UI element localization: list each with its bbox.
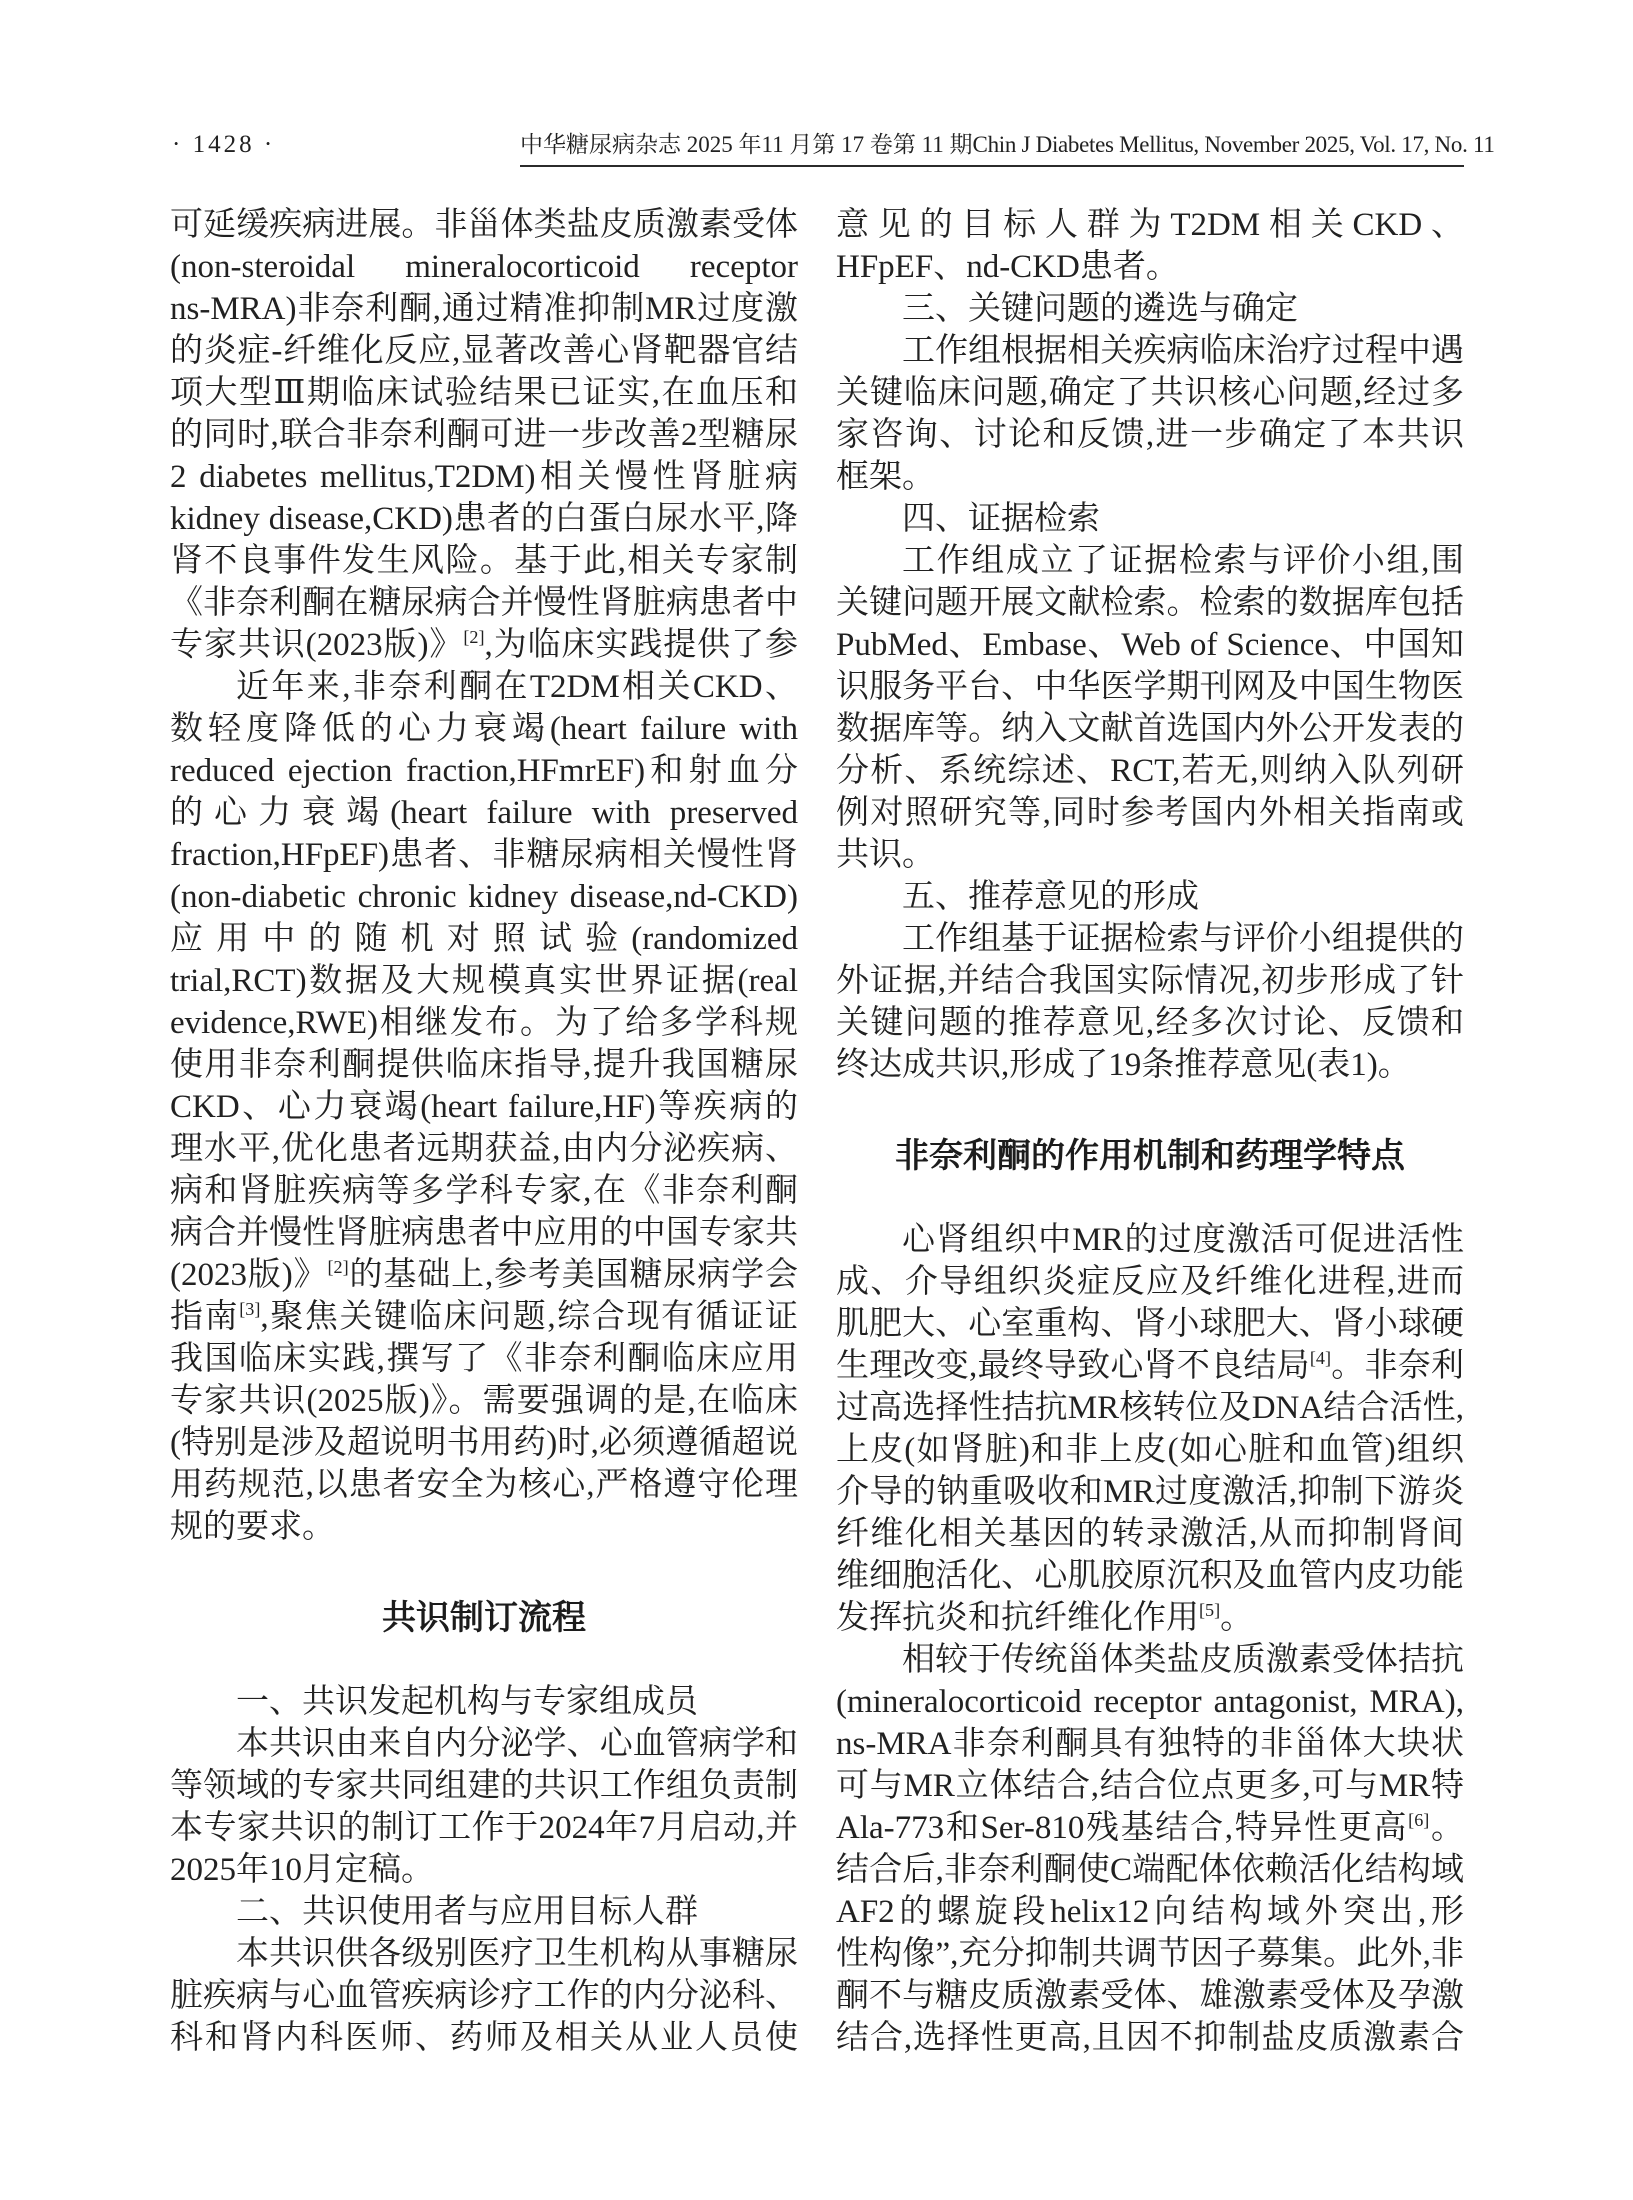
text-line: trial,RCT)数据及大规模真实世界证据(real world [170,960,798,1002]
text-line: 成、介导组织炎症反应及纤维化进程,进而引发心 [836,1261,1464,1303]
text-line: 2 diabetes mellitus,T2DM)相关慢性肾脏病(chronic [170,456,798,498]
reference-superscript: [3] [239,1299,260,1319]
text-line: 工作组基于证据检索与评价小组提供的国内 [836,918,1464,960]
reference-superscript: [2] [327,1257,348,1277]
text-line: fraction,HFpEF)患者、非糖尿病相关慢性肾脏病 [170,834,798,876]
text-line: 心肾组织中MR的过度激活可促进活性氧生 [836,1219,1464,1261]
text-line: 科和肾内科医师、药师及相关从业人员使用。推荐 [170,2017,798,2059]
text-line: 的心力衰竭(heart failure with preserved eject… [170,792,798,834]
text-line: 病和肾脏疾病等多学科专家,在《非奈利酮在糖尿 [170,1170,798,1212]
text-line: 理水平,优化患者远期获益,由内分泌疾病、心血管 [170,1128,798,1170]
text-line: 工作组根据相关疾病临床治疗过程中遇到的 [836,330,1464,372]
text-line: 本专家共识的制订工作于2024年7月启动,并于 [170,1807,798,1849]
text-line: 《非奈利酮在糖尿病合并慢性肾脏病患者中应用的中国 [170,582,798,624]
text-line: 我国临床实践,撰写了《非奈利酮临床应用多学科 [170,1338,798,1380]
text-line: 终达成共识,形成了19条推荐意见(表1)。 [836,1044,1464,1086]
running-head-chinese: 中华糖尿病杂志 2025 年11 月第 17 卷第 11 期 [520,129,973,161]
text-line: HFpEF、nd-CKD患者。 [836,246,1464,288]
text-line: 应用中的随机对照试验(randomized controlled [170,918,798,960]
text-line: 肌肥大、心室重构、肾小球肥大、肾小球硬化等病理 [836,1303,1464,1345]
text-line: CKD、心力衰竭(heart failure,HF)等疾病的综合管 [170,1086,798,1128]
text-line: 专家共识(2025版)》。需要强调的是,在临床应用 [170,1380,798,1422]
section-heading: 共识制订流程 [170,1548,798,1681]
text-line: 专家共识(2023版)》[2],为临床实践提供了参考依据。 [170,624,798,666]
text-line: 酮不与糖皮质激素受体、雄激素受体及孕激素受体 [836,1975,1464,2017]
text-line: 三、关键问题的遴选与确定 [836,288,1464,330]
text-line: 分析、系统综述、RCT,若无,则纳入队列研究和病 [836,750,1464,792]
left-text-column: 可延缓疾病进展。非甾体类盐皮质激素受体拮抗剂(non-steroidal min… [170,204,798,2059]
text-line: 结合,选择性更高,且因不抑制盐皮质激素合成,代 [836,2017,1464,2059]
text-line: Ala-773和Ser-810残基结合,特异性更高[6]。与MR [836,1807,1464,1849]
text-line: 近年来,非奈利酮在T2DM相关CKD、射血分 [170,666,798,708]
text-line: (2023版)》[2]的基础上,参考美国糖尿病学会相关 [170,1254,798,1296]
text-line: ns-MRA)非奈利酮,通过精准抑制MR过度激活驱动 [170,288,798,330]
text-line: 识服务平台、中华医学期刊网及中国生物医学文献 [836,666,1464,708]
text-line: 等领域的专家共同组建的共识工作组负责制订。 [170,1765,798,1807]
reference-superscript: [2] [463,627,484,647]
text-line: 本共识供各级别医疗卫生机构从事糖尿病、肾 [170,1933,798,1975]
text-line: 病合并慢性肾脏病患者中应用的中国专家共识 [170,1212,798,1254]
text-line: (non-diabetic chronic kidney disease,nd-… [170,876,798,918]
text-line: 项大型Ⅲ期临床试验结果已证实,在血压和血糖管理 [170,372,798,414]
text-line: (non-steroidal mineralocorticoid recepto… [170,246,798,288]
text-line: (特别是涉及超说明书用药)时,必须遵循超说明书 [170,1422,798,1464]
text-line: 可延缓疾病进展。非甾体类盐皮质激素受体拮抗剂 [170,204,798,246]
text-line: PubMed、Embase、Web of Science、中国知网、万方知 [836,624,1464,666]
text-line: 可与MR立体结合,结合位点更多,可与MR特有的 [836,1765,1464,1807]
text-line: 关键问题的推荐意见,经多次讨论、反馈和修改,最 [836,1002,1464,1044]
text-line: 例对照研究等,同时参考国内外相关指南或专家 [836,792,1464,834]
text-line: 数据库等。纳入文献首选国内外公开发表的荟萃 [836,708,1464,750]
section-heading: 非奈利酮的作用机制和药理学特点 [836,1086,1464,1219]
reference-superscript: [5] [1199,1600,1220,1620]
text-line: 一、共识发起机构与专家组成员 [170,1681,798,1723]
text-line: 发挥抗炎和抗纤维化作用[5]。 [836,1597,1464,1639]
text-line: 二、共识使用者与应用目标人群 [170,1891,798,1933]
running-head: 中华糖尿病杂志 2025 年11 月第 17 卷第 11 期 Chin J Di… [520,129,1464,161]
text-line: reduced ejection fraction,HFmrEF)和射血分数保留 [170,750,798,792]
text-line: 上皮(如肾脏)和非上皮(如心脏和血管)组织中MR [836,1429,1464,1471]
text-line: 2025年10月定稿。 [170,1849,798,1891]
text-line: 意见的目标人群为T2DM相关CKD、HFmrEF和 [836,204,1464,246]
text-line: 过高选择性拮抗MR核转位及DNA结合活性,阻断 [836,1387,1464,1429]
text-line: ns-MRA非奈利酮具有独特的非甾体大块状结构, [836,1723,1464,1765]
text-line: 的炎症-纤维化反应,显著改善心肾靶器官结局。多 [170,330,798,372]
journal-page: · 1428 · 中华糖尿病杂志 2025 年11 月第 17 卷第 11 期 … [0,0,1633,2200]
text-line: 数轻度降低的心力衰竭(heart failure with mildly [170,708,798,750]
text-line: 关键问题开展文献检索。检索的数据库包括 [836,582,1464,624]
text-line: 用药规范,以患者安全为核心,严格遵守伦理与法 [170,1464,798,1506]
text-line: 四、证据检索 [836,498,1464,540]
text-line: 工作组成立了证据检索与评价小组,围绕共识 [836,540,1464,582]
text-line: 关键临床问题,确定了共识核心问题,经过多轮专 [836,372,1464,414]
text-line: evidence,RWE)相继发布。为了给多学科规范化 [170,1002,798,1044]
text-line: 规的要求。 [170,1506,798,1548]
text-line: 相较于传统甾体类盐皮质激素受体拮抗剂 [836,1639,1464,1681]
text-line: 指南[3],聚焦关键临床问题,综合现有循证证据和 [170,1296,798,1338]
text-line: 结合后,非奈利酮使C端配体依赖活化结构域 [836,1849,1464,1891]
text-line: 纤维化相关基因的转录激活,从而抑制肾间质成纤 [836,1513,1464,1555]
header-rule [520,165,1464,167]
text-line: (mineralocorticoid receptor antagonist, … [836,1681,1464,1723]
text-line: 家咨询、讨论和反馈,进一步确定了本共识的整体 [836,414,1464,456]
reference-superscript: [4] [1310,1348,1331,1368]
right-text-column: 意见的目标人群为T2DM相关CKD、HFmrEF和HFpEF、nd-CKD患者。… [836,204,1464,2059]
text-line: AF2的螺旋段helix12向结构域外突出,形成“非活 [836,1891,1464,1933]
text-line: 肾不良事件发生风险。基于此,相关专家制订发布了 [170,540,798,582]
text-line: kidney disease,CKD)患者的白蛋白尿水平,降低心、 [170,498,798,540]
text-line: 本共识由来自内分泌学、心血管病学和肾病学 [170,1723,798,1765]
text-line: 生理改变,最终导致心肾不良结局[4]。非奈利酮通 [836,1345,1464,1387]
text-line: 维细胞活化、心肌胶原沉积及血管内皮功能紊乱, [836,1555,1464,1597]
text-line: 的同时,联合非奈利酮可进一步改善2型糖尿病(type [170,414,798,456]
text-line: 外证据,并结合我国实际情况,初步形成了针对各 [836,960,1464,1002]
running-head-english: Chin J Diabetes Mellitus, November 2025,… [973,129,1495,161]
text-line: 五、推荐意见的形成 [836,876,1464,918]
text-line: 使用非奈利酮提供临床指导,提升我国糖尿病相关 [170,1044,798,1086]
text-line: 脏疾病与心血管疾病诊疗工作的内分泌科、心血管 [170,1975,798,2017]
text-line: 性构像”,充分抑制共调节因子募集。此外,非奈利 [836,1933,1464,1975]
reference-superscript: [6] [1408,1810,1429,1830]
text-line: 框架。 [836,456,1464,498]
text-line: 介导的钠重吸收和MR过度激活,抑制下游炎症及 [836,1471,1464,1513]
text-line: 共识。 [836,834,1464,876]
page-number: · 1428 · [172,129,275,161]
